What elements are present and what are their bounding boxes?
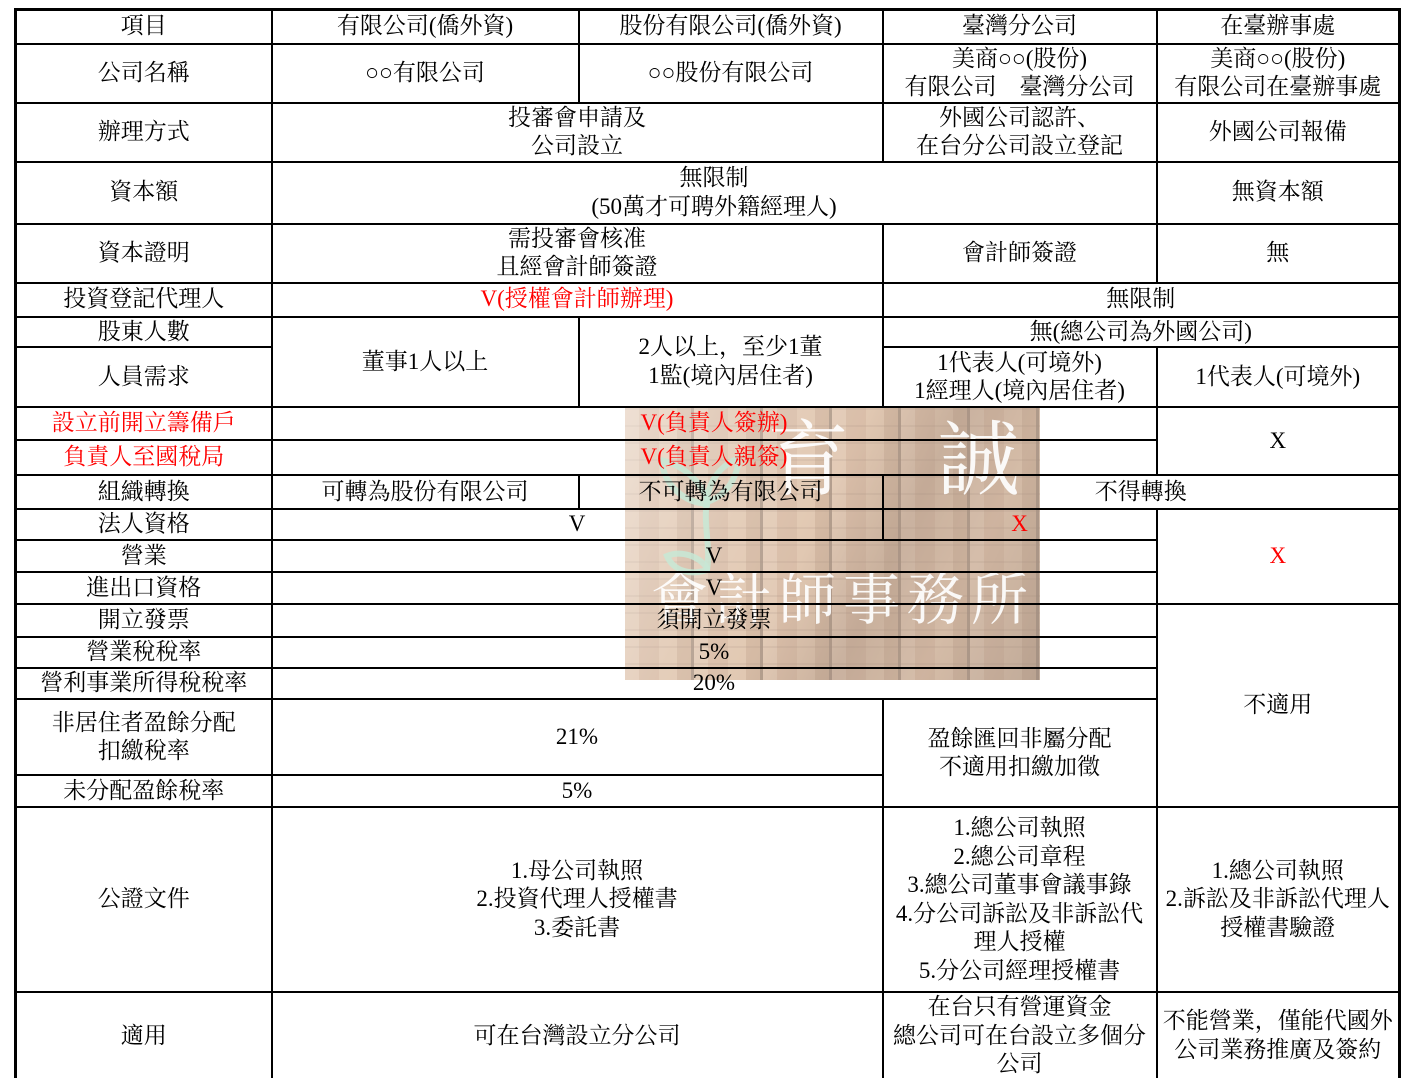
company-name-office: 美商○○(股份) 有限公司在臺辦事處 [1157,44,1400,103]
row-notarized-documents: 公證文件 1.母公司執照 2.投資代理人授權書 3.委託書 1.總公司執照 2.… [16,807,1400,992]
notarized-documents-label: 公證文件 [16,807,272,992]
row-shareholders: 股東人數 董事1人以上 2人以上，至少1董 1監(境內居住者) 無(總公司為外國… [16,317,1400,348]
business-operation-label: 營業 [16,540,272,572]
header-taiwan-branch: 臺灣分公司 [883,10,1157,44]
header-company-limited-by-shares: 股份有限公司(僑外資) [579,10,883,44]
org-conversion-label: 組織轉換 [16,475,272,509]
capital-proof-label: 資本證明 [16,224,272,283]
row-capital-proof: 資本證明 需投審會核准 且經會計師簽證 會計師簽證 無 [16,224,1400,283]
personnel-label: 人員需求 [16,347,272,407]
legal-entity-label: 法人資格 [16,509,272,540]
income-tax-first-three: 20% [272,668,1157,699]
preparatory-account-label: 設立前開立籌備戶 [16,407,272,440]
invoice-first-three: 須開立發票 [272,604,1157,637]
capital-first-three: 無限制 (50萬才可聘外籍經理人) [272,162,1157,224]
processing-label: 辦理方式 [16,103,272,162]
nonresident-withholding-ltd-and-co: 21% [272,699,883,775]
undistributed-earnings-ltd-and-co: 5% [272,775,883,807]
import-export-first-three: V [272,572,1157,604]
legal-entity-branch: X [883,509,1157,540]
processing-office: 外國公司報備 [1157,103,1400,162]
company-name-ltd: ○○有限公司 [272,44,579,103]
applicable-ltd-and-co: 可在台灣設立分公司 [272,992,883,1078]
undistributed-earnings-label: 未分配盈餘稅率 [16,775,272,807]
row-capital: 資本額 無限制 (50萬才可聘外籍經理人) 無資本額 [16,162,1400,224]
applicable-office: 不能營業，僅能代國外公司業務推廣及簽約 [1157,992,1400,1078]
row-processing-method: 辦理方式 投審會申請及 公司設立 外國公司認許、 在台分公司設立登記 外國公司報… [16,103,1400,162]
investment-agent-ltd-and-co: V(授權會計師辦理) [272,283,883,317]
tax-office-visit-label: 負責人至國稅局 [16,440,272,475]
company-name-co: ○○股份有限公司 [579,44,883,103]
applicable-branch: 在台只有營運資金 總公司可在台設立多個分公司 [883,992,1157,1078]
personnel-branch: 1代表人(可境外) 1經理人(境內居住者) [883,347,1157,407]
row-invoice: 開立發票 須開立發票 不適用 [16,604,1400,637]
investment-agent-label: 投資登記代理人 [16,283,272,317]
shareholders-personnel-co: 2人以上，至少1董 1監(境內居住者) [579,317,883,408]
income-tax-label: 營利事業所得稅稅率 [16,668,272,699]
legal-entity-ltd-and-co: V [272,509,883,540]
nonresident-withholding-branch: 盈餘匯回非屬分配 不適用扣繳加徵 [883,699,1157,807]
capital-label: 資本額 [16,162,272,224]
legal-entity-office: X [1157,509,1400,604]
notarized-documents-branch: 1.總公司執照 2.總公司章程 3.總公司董事會議事錄 4.分公司訴訟及非訴訟代… [883,807,1157,992]
import-export-label: 進出口資格 [16,572,272,604]
row-company-name: 公司名稱 ○○有限公司 ○○股份有限公司 美商○○(股份) 有限公司 臺灣分公司… [16,44,1400,103]
business-operation-first-three: V [272,540,1157,572]
capital-proof-branch: 會計師簽證 [883,224,1157,283]
header-representative-office: 在臺辦事處 [1157,10,1400,44]
invoice-label: 開立發票 [16,604,272,637]
company-name-label: 公司名稱 [16,44,272,103]
company-name-branch: 美商○○(股份) 有限公司 臺灣分公司 [883,44,1157,103]
processing-ltd-and-co: 投審會申請及 公司設立 [272,103,883,162]
org-conversion-branch-and-office: 不得轉換 [883,475,1400,509]
company-type-comparison-table: 項目 有限公司(僑外資) 股份有限公司(僑外資) 臺灣分公司 在臺辦事處 公司名… [14,8,1401,1078]
capital-proof-office: 無 [1157,224,1400,283]
header-item: 項目 [16,10,272,44]
row-org-conversion: 組織轉換 可轉為股份有限公司 不可轉為有限公司 不得轉換 [16,475,1400,509]
org-conversion-co: 不可轉為有限公司 [579,475,883,509]
row-investment-agent: 投資登記代理人 V(授權會計師辦理) 無限制 [16,283,1400,317]
shareholders-label: 股東人數 [16,317,272,348]
personnel-office: 1代表人(可境外) [1157,347,1400,407]
capital-proof-ltd-and-co: 需投審會核准 且經會計師簽證 [272,224,883,283]
org-conversion-ltd: 可轉為股份有限公司 [272,475,579,509]
header-row: 項目 有限公司(僑外資) 股份有限公司(僑外資) 臺灣分公司 在臺辦事處 [16,10,1400,44]
row-applicable: 適用 可在台灣設立分公司 在台只有營運資金 總公司可在台設立多個分公司 不能營業… [16,992,1400,1078]
investment-agent-branch-and-office: 無限制 [883,283,1400,317]
row-legal-entity: 法人資格 V X X [16,509,1400,540]
capital-office: 無資本額 [1157,162,1400,224]
shareholders-personnel-ltd: 董事1人以上 [272,317,579,408]
invoice-to-tax-office-not-applicable: 不適用 [1157,604,1400,807]
tax-office-visit-first-three: V(負責人親簽) [272,440,1157,475]
shareholders-branch-and-office: 無(總公司為外國公司) [883,317,1400,348]
processing-branch: 外國公司認許、 在台分公司設立登記 [883,103,1157,162]
header-limited-company: 有限公司(僑外資) [272,10,579,44]
notarized-documents-ltd-and-co: 1.母公司執照 2.投資代理人授權書 3.委託書 [272,807,883,992]
preparatory-account-office: X [1157,407,1400,475]
applicable-label: 適用 [16,992,272,1078]
nonresident-withholding-label: 非居住者盈餘分配 扣繳稅率 [16,699,272,775]
business-tax-first-three: 5% [272,637,1157,668]
row-preparatory-account: 設立前開立籌備戶 V(負責人簽辦) X [16,407,1400,440]
preparatory-account-first-three: V(負責人簽辦) [272,407,1157,440]
notarized-documents-office: 1.總公司執照 2.訴訟及非訴訟代理人授權書驗證 [1157,807,1400,992]
business-tax-label: 營業稅稅率 [16,637,272,668]
